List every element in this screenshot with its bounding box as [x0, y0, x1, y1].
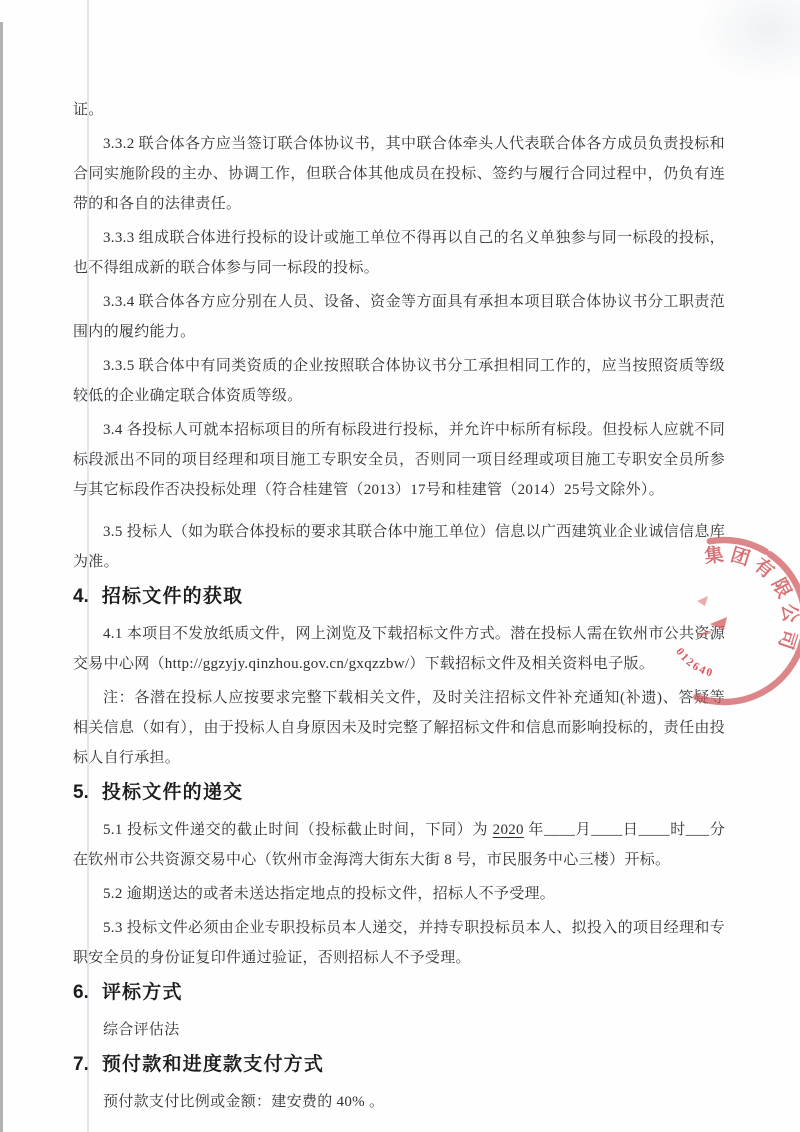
paragraph-5-3: 5.3 投标文件必须由企业专职投标员本人递交，并持专职投标员本人、拟投入的项目经… [73, 913, 725, 973]
deadline-text: 5.1 投标文件递交的截止时间（投标截止时间，下同）为 [103, 822, 493, 838]
paragraph-3-3-4: 3.3.4 联合体各方应分别在人员、设备、资金等方面具有承担本项目联合体协议书分… [73, 287, 725, 347]
paragraph-continuation: 证。 [73, 95, 725, 125]
deadline-year-filled: 2020 [493, 822, 524, 838]
paragraph-5-1: 5.1 投标文件递交的截止时间（投标截止时间，下同）为 2020 年____月_… [73, 815, 725, 875]
section-title: 评标方式 [102, 977, 183, 1009]
section-title: 预付款和进度款支付方式 [102, 1049, 324, 1081]
paragraph-7-body: 预付款支付比例或金额：建安费的 40% 。 [73, 1087, 725, 1117]
paragraph-3-3-3: 3.3.3 组成联合体进行投标的设计或施工单位不得再以自己的名义单独参与同一标段… [73, 223, 725, 283]
paragraph-3-3-2: 3.3.2 联合体各方应当签订联合体协议书，其中联合体牵头人代表联合体各方成员负… [73, 129, 725, 219]
paragraph-3-5: 3.5 投标人（如为联合体投标的要求其联合体中施工单位）信息以广西建筑业企业诚信… [73, 517, 725, 577]
scan-edge-shadow [0, 22, 3, 1132]
document-body: 证。 3.3.2 联合体各方应当签订联合体协议书，其中联合体牵头人代表联合体各方… [73, 95, 725, 1117]
paragraph-4-1: 4.1 本项目不发放纸质文件，网上浏览及下载招标文件方式。潜在投标人需在钦州市公… [73, 619, 725, 679]
paragraph-3-4: 3.4 各投标人可就本招标项目的所有标段进行投标，并允许中标所有标段。但投标人应… [73, 415, 725, 505]
paragraph-6-body: 综合评估法 [73, 1015, 725, 1045]
paragraph-3-3-5: 3.3.5 联合体中有同类资质的企业按照联合体协议书分工承担相同工作的，应当按照… [73, 351, 725, 411]
section-title: 投标文件的递交 [102, 777, 243, 809]
scanned-document-page: { "document": { "paragraphs": { "p_cont"… [0, 0, 800, 1132]
section-heading-6: 6. 评标方式 [73, 977, 725, 1009]
paragraph-4-note: 注：各潜在投标人应按要求完整下载相关文件，及时关注招标文件补充通知(补遗)、答疑… [73, 683, 725, 773]
section-heading-5: 5. 投标文件的递交 [73, 777, 725, 809]
section-heading-4: 4. 招标文件的获取 [73, 581, 725, 613]
section-title: 招标文件的获取 [102, 581, 243, 613]
scan-smudge [695, 0, 800, 85]
page-fold-line [87, 0, 89, 1132]
paragraph-5-2: 5.2 逾期送达的或者未送达指定地点的投标文件，招标人不予受理。 [73, 879, 725, 909]
section-heading-7: 7. 预付款和进度款支付方式 [73, 1049, 725, 1081]
